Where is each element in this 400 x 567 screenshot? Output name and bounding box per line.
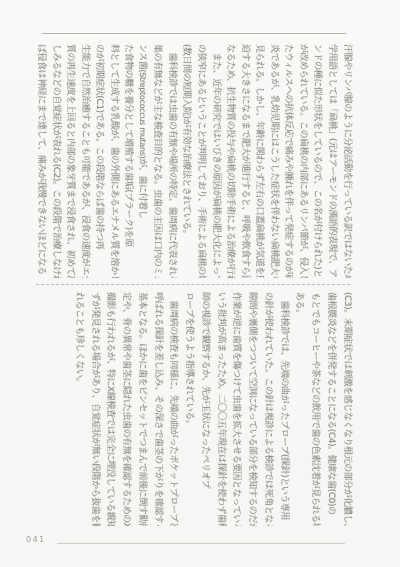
text-line: 歯科検診では虫歯の有無や場所の特定、歯周病に代表される病 xyxy=(165,44,178,278)
footer-rule xyxy=(57,543,345,544)
text-line: 定や、骨の異常や歯茎に隠れた虫歯の有無を確認するためのX線 xyxy=(119,292,132,526)
text-line: 質の再生速度を上回ると内部の象牙質まで浸食され、初めて冷水が xyxy=(63,44,76,278)
latin-species-name: (Streptococcus mutans) xyxy=(138,69,147,158)
text-line: ンス菌(Streptococcus mutans)が、歯に付着し xyxy=(136,44,149,278)
text-line: 生能力で自然治癒することも可能であるが、浸食の速度がエナメル xyxy=(78,44,91,278)
column-divider-dashed-rule xyxy=(36,284,350,285)
text-line: 見られる。しかし、年齢に関わらず左右の口蓋扁桃が気道を圧 xyxy=(252,44,265,278)
text-line: ずが発見される場合があり、自覚症状が無い段階から抜歯を勧めら xyxy=(88,292,101,526)
text-line: ローブを使うよう指導されている。 xyxy=(182,292,195,526)
text-line: 呼ばれる探針を差し込み、その深さで歯茎の下がりを確認するのが xyxy=(151,292,164,526)
text-line: た食物の糖を養分として増殖する歯垢(プラーク)を原 xyxy=(121,44,134,278)
text-line: れることも珍しくない。 xyxy=(72,292,85,526)
text-line: 迫する大きさになるまで肥大が進行すると、呼吸や飲食すら困難と xyxy=(238,44,251,278)
text-line: 料として生成する乳酸が、歯の外側にあるエナメル質を溶かし出す xyxy=(107,44,120,278)
text-line: 隙間や裏側をつついて空洞になっている部分を検知するのだが、この xyxy=(245,292,258,526)
text-line: 学用語としては「扁桃」(元はアーモンドの漢語的表現で、アーモ xyxy=(325,44,338,278)
text-line: 炎であるが、乳幼児期にはこうした症状を伴わない扁桃肥大もよく xyxy=(267,44,280,278)
text-line: 師の視診で観察するか、先が玉状になったペリオプ xyxy=(198,292,211,526)
text-line: の狭窄にあるということが判明しており、手術による扁桃の切除 xyxy=(194,44,207,278)
text-line: 巣の有無などが主な検査目的となる。虫歯の主因は口内のミュータ xyxy=(150,44,163,278)
text-line: ンドの種に似た形状をしているので、この名が付けられた)と呼称 xyxy=(310,44,323,278)
text-line: また、近年の研究ではいびきの原因が扁桃の肥大化によって気道 xyxy=(209,44,222,278)
text-line: たウィルスへの抗体反応で痛みや腫れを伴って発症するのが扁桃 xyxy=(281,44,294,278)
text-line: (C3)。末期症状では刺激を感じなくなり根元の部分が化膿し、 xyxy=(340,292,353,526)
text-line: 歯科検診では、先端の曲がったプローブ(探針)という専用 xyxy=(277,292,290,526)
text-line: 基本となる。ほかに歯をピンセットでつまんで前後に倒す動揺度の測 xyxy=(135,292,148,526)
text-line: の針が使われていた。この針は視診による検診では死角となる歯の xyxy=(261,292,274,526)
book-page: 汗腺やリンパ腺のように分泌活動を行っている訳ではないため、医学用語としては「扁桃… xyxy=(0,0,400,567)
reading-edge-rule xyxy=(42,33,346,34)
text-line: (数日間の短期入院)が有効な治療法とされている。 xyxy=(179,44,192,278)
text-line: が改められている。この扁桃の内部にあるリンパ節が、侵入してき xyxy=(296,44,309,278)
text-line: もとでもコーヒーや茶などの飲用で歯の色素沈着が見られる場合が xyxy=(308,292,321,526)
text-line: 作業が逆に歯質を傷つけて虫歯を拡大させる要因となっていると xyxy=(229,292,242,526)
text-line: のが初期症状(C1)である。この段階ならば歯の持つ再 xyxy=(92,44,105,278)
text-line: 歯周病の検査も同様に、先端の曲がったポケットプローブと xyxy=(166,292,179,526)
text-line: いう批判が高まったため、二〇〇五年現在は探針を使わず歯科医 xyxy=(214,292,227,526)
text-line: 撮影も行われるが、特にX線検査では完全に埋没している親知ら xyxy=(103,292,116,526)
text-line: 汗腺やリンパ腺のように分泌活動を行っている訳ではないため、医 xyxy=(340,44,353,278)
text-line: 歯根膜炎などを併発することになる(C4)。健康な歯(C0)の xyxy=(324,292,337,526)
text-line: しみるなどの自覚症状が表れる(C2)。この段階で治療しなけれ xyxy=(49,44,62,278)
text-line: なるため、抗生物質の投与や扁桃の切除手術による治療が行われる。 xyxy=(223,44,236,278)
page-number: 041 xyxy=(26,535,46,544)
text-line: ある。 xyxy=(292,292,305,526)
text-line: ば侵食は神経にまで達して、痛みが我慢できないほどになる xyxy=(34,44,47,278)
